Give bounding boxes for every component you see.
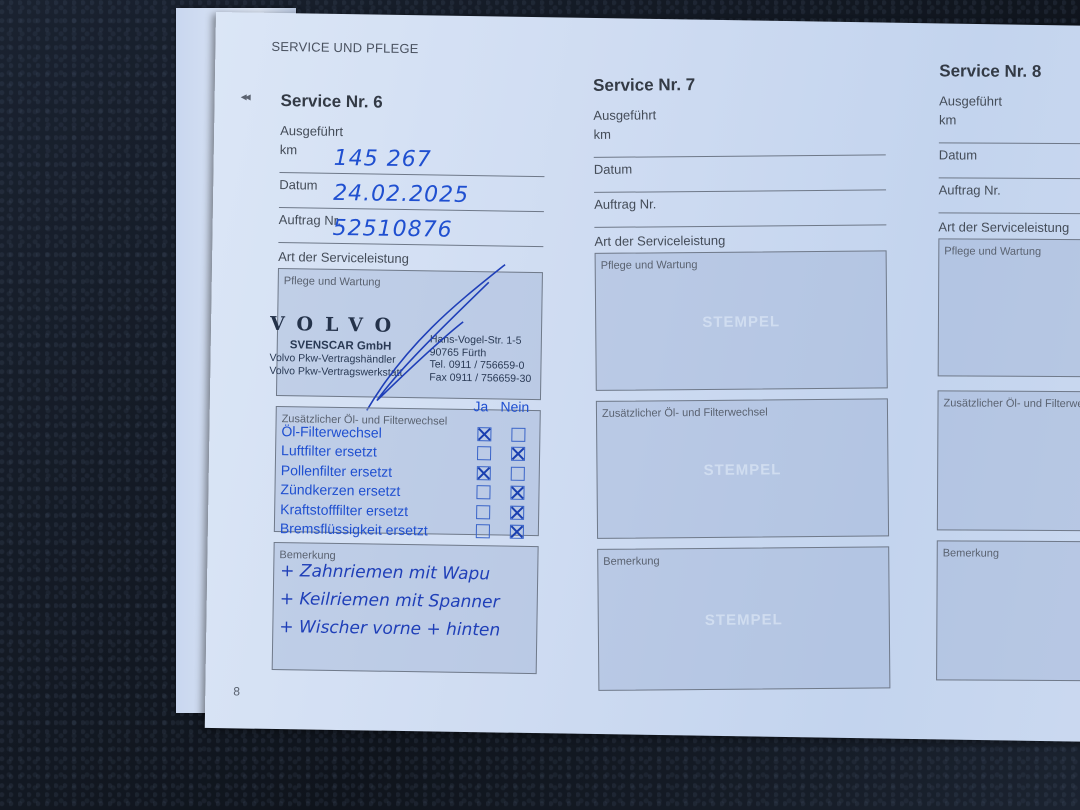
checklist-item-label: Luftfilter ersetzt [281,442,467,461]
yes-checkbox[interactable] [477,466,491,480]
dealer-address: Hans-Vogel-Str. 1-5 [430,333,532,347]
stamp-watermark: STEMPEL [596,313,886,333]
extra-oil-filter-box: Zusätzlicher Öl- und Filterwechsel STEMP… [596,398,889,539]
no-checkbox[interactable] [510,486,524,500]
km-field[interactable]: km [939,108,1080,144]
no-checkbox[interactable] [510,505,524,519]
date-value: 24.02.2025 [333,181,469,208]
section-header: SERVICE UND PFLEGE [271,39,418,56]
no-checkbox[interactable] [511,447,525,461]
order-no-label: Auftrag Nr. [939,182,1001,197]
remark-box: Bemerkung [936,540,1080,681]
km-field[interactable]: km 145 267 [279,138,545,177]
km-field[interactable]: km [593,120,885,158]
dealer-line: Volvo Pkw-Vertragswerkstatt [269,365,429,381]
care-maintenance-label: Pflege und Wartung [944,245,1041,258]
remark-box: Bemerkung + Zahnriemen mit Wapu+ Keilrie… [272,542,539,674]
date-field[interactable]: Datum [939,143,1080,179]
service-6-column: Service Nr. 6 Ausgeführt km 145 267 Datu… [272,91,546,674]
yes-checkbox[interactable] [477,446,491,460]
stamp-watermark: STEMPEL [599,610,889,630]
service-type-label: Art der Serviceleistung [938,219,1080,235]
date-field[interactable]: Datum 24.02.2025 [279,173,545,212]
no-checkbox[interactable] [511,427,525,441]
yes-checkbox[interactable] [477,427,491,441]
service-type-label: Art der Serviceleistung [278,249,543,268]
order-no-value: 52510876 [332,216,452,243]
remark-label: Bemerkung [943,547,999,559]
date-label: Datum [939,147,977,162]
remark-label: Bemerkung [603,555,659,567]
checklist-item-label: Kraftstofffilter ersetzt [280,501,466,520]
service-7-column: Service Nr. 7 Ausgeführt km Datum Auftra… [593,73,890,691]
no-checkbox[interactable] [510,525,524,539]
remark-box: Bemerkung STEMPEL [597,546,890,691]
extra-oil-filter-label: Zusätzlicher Öl- und Filterwechsel [943,397,1080,410]
remark-line: + Zahnriemen mit Wapu [280,561,501,592]
remark-line: + Keilriemen mit Spanner [280,589,501,620]
checklist-row: Bremsflüssigkeit ersetzt [280,519,534,542]
care-maintenance-label: Pflege und Wartung [601,259,698,272]
dealer-stamp: VOLVO SVENSCAR GmbH Volvo Pkw-Vertragshä… [270,313,550,339]
stamp-watermark: STEMPEL [597,461,887,481]
yes-checkbox[interactable] [476,524,490,538]
km-label: km [593,127,610,142]
date-field[interactable]: Datum [594,155,886,193]
service-8-title: Service Nr. 8 [939,61,1080,82]
extra-oil-filter-label: Zusätzlicher Öl- und Filterwechsel [602,406,768,419]
double-chevron-left-icon: ◂◂ [241,89,249,103]
service-type-label: Art der Serviceleistung [594,231,886,249]
care-maintenance-box: Pflege und Wartung [938,238,1080,377]
care-maintenance-box: Pflege und Wartung STEMPEL [595,250,888,391]
yes-checkbox[interactable] [476,485,490,499]
date-label: Datum [594,162,632,177]
checklist-item-label: Bremsflüssigkeit ersetzt [280,520,466,539]
service-booklet-page: SERVICE UND PFLEGE ◂◂ Service Nr. 6 Ausg… [205,12,1080,742]
service-8-column: Service Nr. 8 Ausgeführt km Datum Auftra… [936,61,1080,681]
page-number: 8 [233,684,240,698]
extra-oil-filter-box: Zusätzlicher Öl- und Filterwechsel [937,390,1080,531]
care-maintenance-box: Pflege und Wartung VOLVO SVENSCAR GmbH V… [276,268,543,400]
checklist-item-label: Öl-Filterwechsel [281,423,467,442]
date-label: Datum [279,177,318,193]
no-checkbox[interactable] [511,466,525,480]
checklist-item-label: Zündkerzen ersetzt [280,481,466,500]
remark-lines: + Zahnriemen mit Wapu+ Keilriemen mit Sp… [279,561,501,648]
yes-checkbox[interactable] [476,505,490,519]
checklist: Öl-FilterwechselLuftfilter ersetztPollen… [280,421,536,542]
order-no-field[interactable]: Auftrag Nr. 52510876 [278,208,544,247]
km-label: km [280,142,298,157]
dealer-fax: Fax 0911 / 756659-30 [429,371,531,385]
executed-label: Ausgeführt [939,93,1080,109]
remark-line: + Wischer vorne + hinten [279,617,500,648]
order-no-label: Auftrag Nr. [279,212,341,228]
remark-label: Bemerkung [279,549,335,562]
no-column-header: Nein [498,398,532,415]
service-6-title: Service Nr. 6 [280,91,545,115]
yes-column-header: Ja [464,398,498,415]
km-value: 145 267 [334,146,432,173]
order-no-field[interactable]: Auftrag Nr. [594,190,886,228]
checklist-item-label: Pollenfilter ersetzt [281,462,467,481]
km-label: km [939,112,956,127]
service-7-title: Service Nr. 7 [593,73,885,96]
extra-oil-filter-box: Zusätzlicher Öl- und Filterwechsel JaNei… [274,406,541,536]
order-no-label: Auftrag Nr. [594,196,656,212]
order-no-field[interactable]: Auftrag Nr. [939,178,1080,214]
care-maintenance-label: Pflege und Wartung [284,275,381,289]
dealer-phone: Tel. 0911 / 756659-0 [429,358,531,372]
